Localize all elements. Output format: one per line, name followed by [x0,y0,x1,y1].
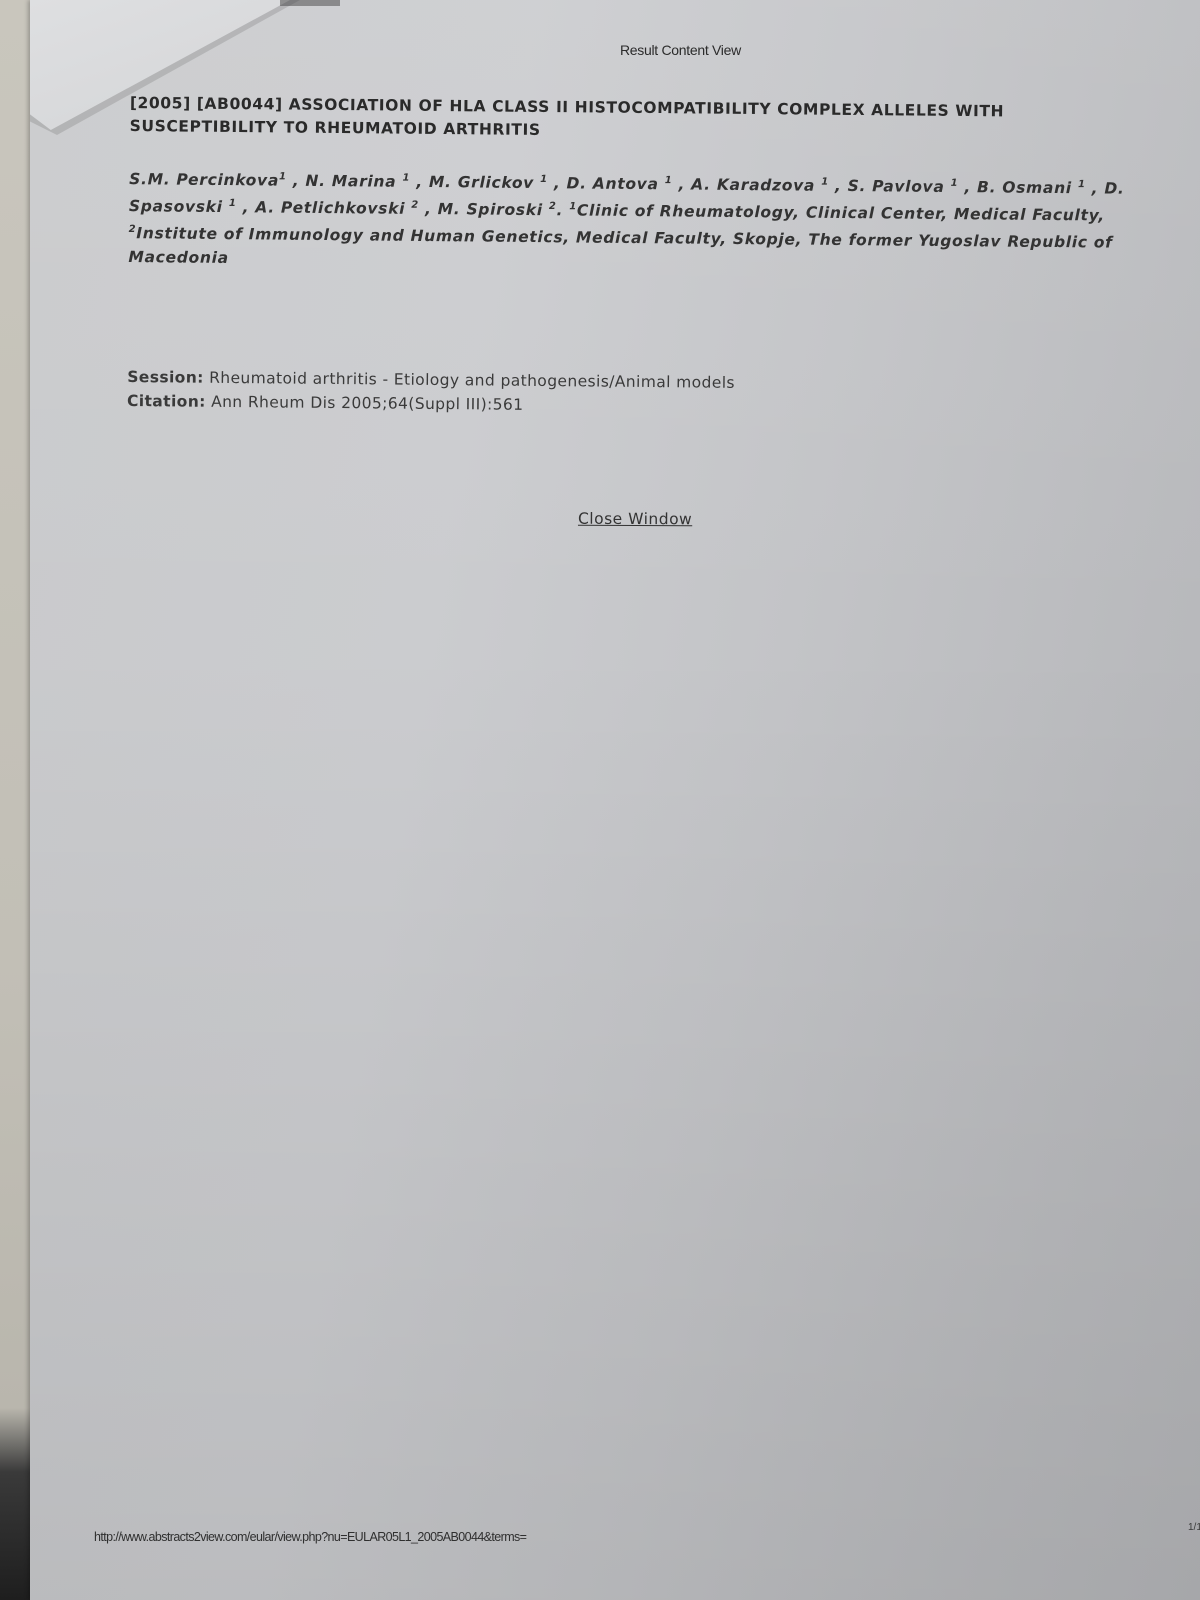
affiliation-marker: 2 [411,200,419,211]
affiliation-marker: 1 [279,171,287,182]
author-name: B. Osmani [977,178,1078,197]
affiliation-number: 2 [129,224,137,235]
affiliation-marker: 1 [665,175,673,186]
session-value: Rheumatoid arthritis - Etiology and path… [209,369,735,392]
affiliation-marker: 1 [540,174,548,185]
citation-label: Citation: [127,392,206,411]
session-label: Session: [127,368,204,387]
paper-edge-mark [280,0,340,6]
affiliation-marker: 1 [402,173,410,184]
author-name: A. Petlichkovski [255,199,411,218]
affiliation-marker: 1 [821,177,829,188]
close-window-link[interactable]: Close Window [578,510,692,529]
printed-page: Result Content View [2005] [AB0044] ASSO… [30,0,1200,1600]
author-name: N. Marina [305,172,402,191]
author-name: S. Pavlova [848,177,951,196]
affiliation-marker: 1 [951,178,959,189]
page-header-title: Result Content View [620,42,741,58]
affiliation-number: 1 [569,201,577,212]
footer-url: http://www.abstracts2view.com/eular/view… [94,1530,526,1544]
author-name: M. Grlickov [429,173,540,192]
affiliation-marker: 2 [549,201,557,212]
affiliation-marker: 1 [1078,179,1086,190]
abstract-content: [2005] [AB0044] ASSOCIATION OF HLA CLASS… [127,92,1140,423]
affiliation-marker: 1 [229,198,237,209]
author-name: D. Antova [566,174,664,193]
affiliation-text: Clinic of Rheumatology, Clinical Center,… [577,202,1105,225]
abstract-meta: Session: Rheumatoid arthritis - Etiology… [127,365,1137,423]
author-list: S.M. Percinkova1 , N. Marina 1 , M. Grli… [128,164,1139,279]
abstract-title: [2005] [AB0044] ASSOCIATION OF HLA CLASS… [130,92,1140,148]
citation-value: Ann Rheum Dis 2005;64(Suppl III):561 [211,393,524,414]
author-name: A. Karadzova [691,176,821,195]
author-name: S.M. Percinkova [129,170,279,189]
affiliation-text: Institute of Immunology and Human Geneti… [128,225,1112,268]
page-number: 1/1 [1188,1522,1200,1533]
author-name: M. Spiroski [438,200,549,219]
